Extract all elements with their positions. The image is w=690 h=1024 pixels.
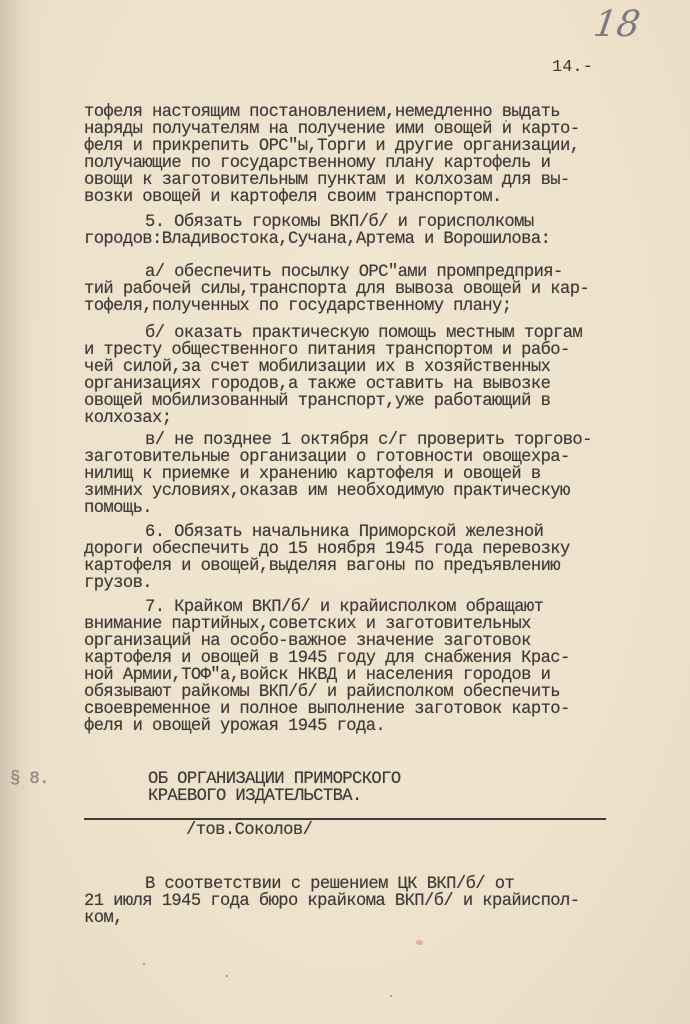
- text-line: возки овощей и картофеля своим транспорт…: [84, 189, 502, 207]
- text-line: грузов.: [84, 575, 152, 593]
- text-line: зимних условиях,оказав им необходимую пр…: [84, 483, 570, 501]
- speaker-name: /тов.Соколов/: [186, 822, 312, 840]
- section-title-line: КРАЕВОГО ИЗДАТЕЛЬСТВА.: [148, 788, 362, 806]
- text-line: помощь.: [84, 500, 152, 518]
- handwritten-folio-number: 18: [591, 4, 643, 45]
- text-line: тофеля,полученных по государственному пл…: [84, 298, 511, 316]
- text-line: городов:Владивостока,Сучана,Артема и Вор…: [84, 231, 550, 249]
- page-number: 14.-: [552, 58, 593, 77]
- text-line: картофеля и овощей,выделяя вагоны по пре…: [84, 558, 560, 576]
- document-page: 18 14.- тофеля настоящим постановлением,…: [0, 0, 690, 1024]
- section-marker: § 8.: [10, 771, 49, 789]
- paper-speck: [143, 963, 145, 965]
- paper-speck: [390, 995, 392, 997]
- text-line: ком,: [84, 910, 123, 928]
- paper-stain: [416, 940, 423, 945]
- paper-speck: [226, 975, 228, 977]
- paper-speck: [505, 120, 507, 122]
- text-line: 21 июля 1945 года бюро крайкома ВКП/б/ и…: [84, 893, 579, 911]
- section-divider: [84, 818, 606, 820]
- text-line: феля и овощей урожая 1945 года.: [84, 718, 385, 736]
- text-line: колхозах;: [84, 410, 171, 428]
